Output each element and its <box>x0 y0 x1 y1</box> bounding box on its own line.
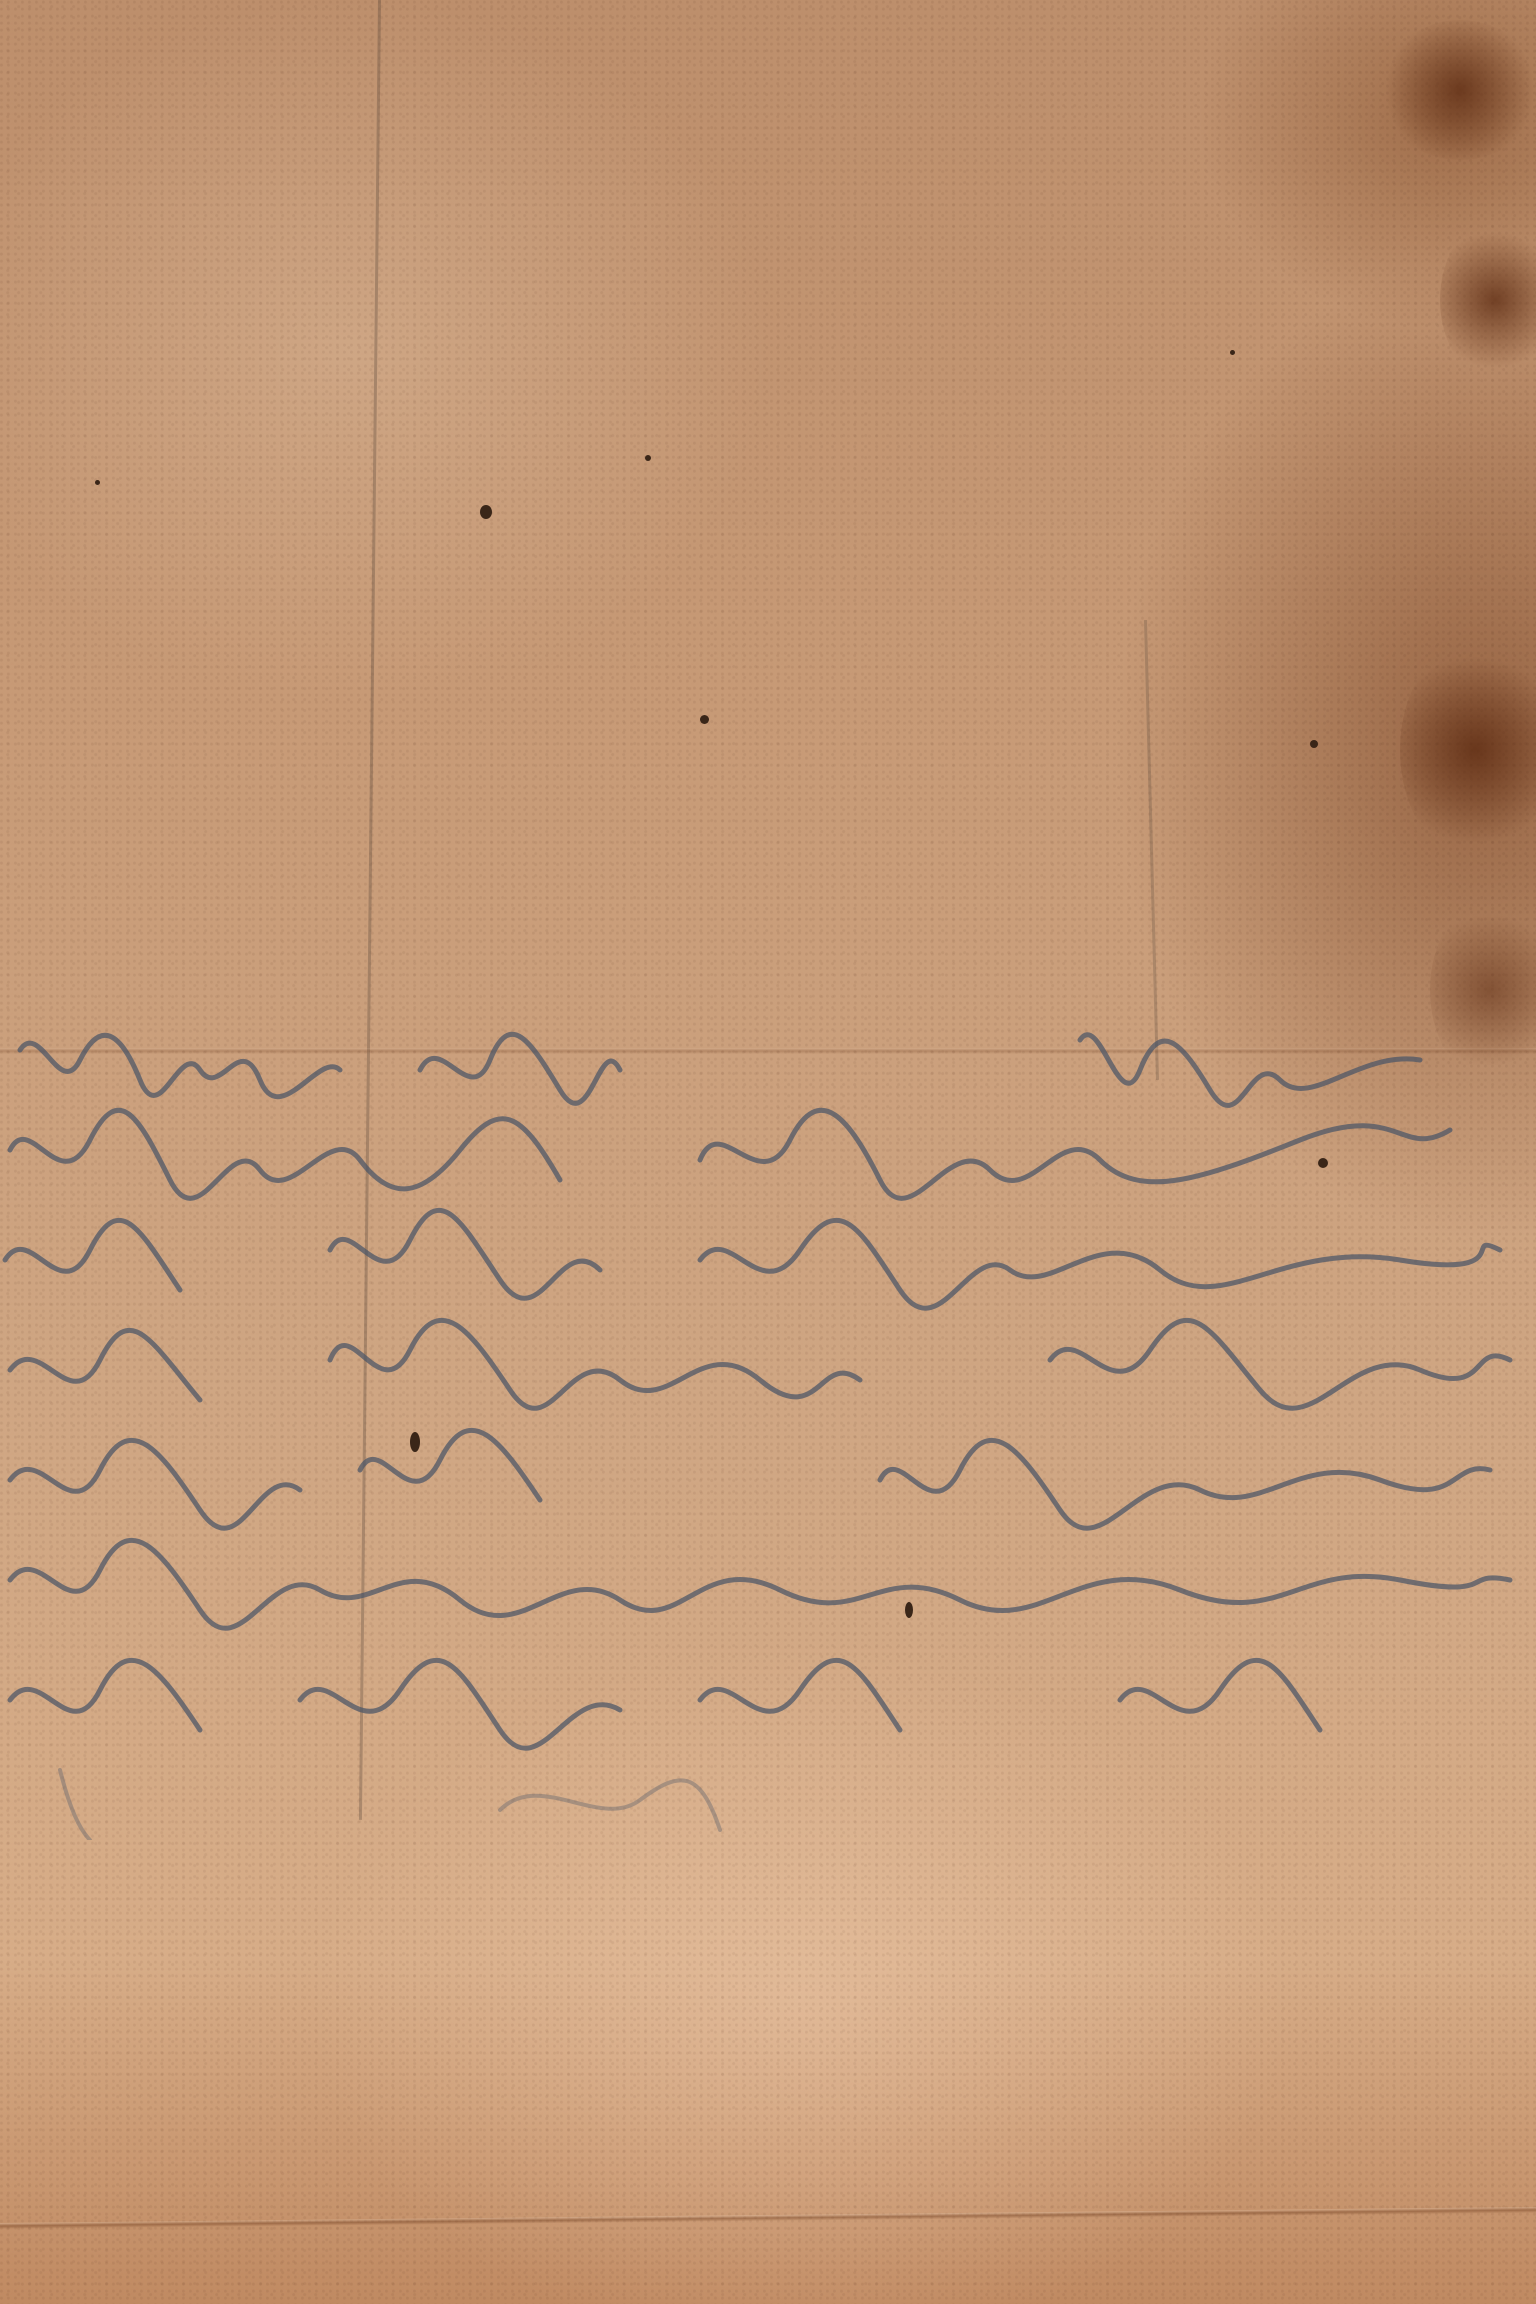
faint-lower-strokes <box>60 1770 720 1840</box>
scribble-strokes <box>0 1010 1536 1840</box>
scribble-row-7 <box>10 1660 1320 1748</box>
scribble-row-4 <box>10 1320 1510 1408</box>
scribble-row-1 <box>20 1034 1420 1105</box>
scribble-row-2 <box>10 1110 1450 1198</box>
pencil-scribbles <box>0 1010 1536 1840</box>
ink-speck <box>95 480 100 485</box>
ink-speck <box>1230 350 1235 355</box>
ink-speck <box>1310 740 1318 748</box>
scribble-row-6 <box>10 1540 1510 1628</box>
aged-paper-photo: Illegible handwriting in roughly seven w… <box>0 0 1536 2304</box>
scribble-row-3 <box>5 1210 1500 1308</box>
ink-speck <box>480 505 492 519</box>
rust-stain <box>1380 20 1536 160</box>
ink-speck <box>700 715 709 724</box>
scribble-row-5 <box>10 1430 1490 1528</box>
ink-speck <box>645 455 651 461</box>
